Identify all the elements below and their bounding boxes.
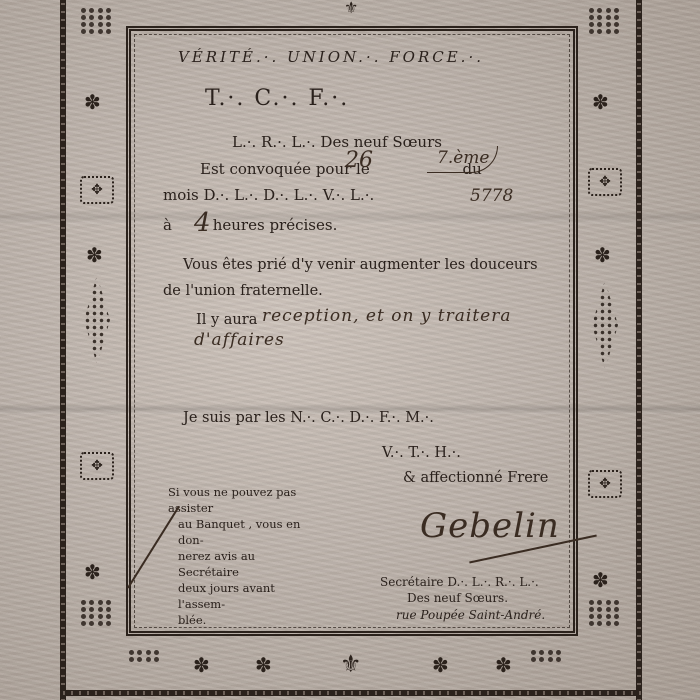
rope-border-bottom (60, 690, 642, 696)
rope-border-left (60, 0, 66, 700)
ornament-box-icon: ✥ (588, 168, 622, 196)
closing-abbrev: V.·. T.·. H.·. (382, 445, 461, 461)
ornament-grid-icon (588, 8, 620, 34)
ornament-grid-icon (588, 600, 620, 626)
rope-border-right (636, 0, 642, 700)
closing-line: Je suis par les N.·. C.·. D.·. F.·. M.·. (183, 410, 434, 426)
flower-icon: ✽ (84, 562, 101, 582)
fleur-de-lis-icon: ⚜ (340, 652, 362, 676)
hour-line: à heures précises. (163, 216, 337, 234)
flower-icon: ✽ (495, 655, 512, 675)
flower-icon: ✽ (432, 655, 449, 675)
flower-icon: ✽ (193, 655, 210, 675)
secretary-lodge: Des neuf Sœurs. (407, 591, 508, 605)
fleur-de-lis-icon: ⚜ (344, 0, 358, 16)
handwritten-day: 26 (345, 148, 373, 173)
ornament-grid-icon (530, 650, 562, 662)
flower-icon: ✽ (86, 245, 103, 265)
note-line: Si vous ne pouvez pas assister (168, 484, 308, 516)
hour-suffix: heures précises. (213, 216, 338, 234)
flower-icon: ✽ (255, 655, 272, 675)
flower-icon: ✽ (592, 570, 609, 590)
invitation-line-1: Vous êtes prié d'y venir augmenter les d… (183, 257, 538, 273)
signature: Gebelin (420, 506, 560, 546)
fleur-icon: ✽ (84, 92, 101, 112)
handwritten-reception-2: d'affaires (194, 330, 285, 350)
ornament-grid-icon (128, 650, 160, 662)
ornament-grid-icon (80, 600, 112, 626)
salutation: T.·. C.·. F.·. (205, 86, 349, 111)
ornament-box-icon: ✥ (588, 470, 622, 498)
secretary-title: Secrétaire D.·. L.·. R.·. L.·. (380, 575, 539, 589)
address: rue Poupée Saint-André. (396, 608, 545, 622)
hour-prefix: à (163, 216, 172, 234)
handwritten-reception-1: reception, et on y traitera (262, 306, 512, 326)
flower-icon: ✽ (594, 245, 611, 265)
month-line: mois D.·. L.·. D.·. L.·. V.·. L.·. (163, 186, 374, 204)
note-line: nerez avis au Secrétaire (168, 548, 308, 580)
note-line: blée. (168, 612, 308, 628)
ornament-box-icon: ✥ (80, 176, 114, 204)
motto: VÉRITÉ.·. UNION.·. FORCE.·. (178, 48, 484, 66)
handwritten-hour: 4 (194, 208, 211, 238)
lodge-line: L.·. R.·. L.·. Des neuf Sœurs (232, 133, 442, 151)
invitation-line-2: de l'union fraternelle. (163, 283, 323, 299)
note-line: au Banquet , vous en don- (168, 516, 308, 548)
banquet-note: Si vous ne pouvez pas assister au Banque… (168, 484, 308, 628)
handwritten-year: 5778 (470, 186, 513, 206)
reception-prefix: Il y aura (196, 312, 257, 328)
note-line: deux jours avant l'assem- (168, 580, 308, 612)
ornament-box-icon: ✥ (80, 452, 114, 480)
closing-frere: & affectionné Frere (403, 470, 548, 486)
flower-icon: ✽ (592, 92, 609, 112)
ornament-grid-icon (80, 8, 112, 34)
